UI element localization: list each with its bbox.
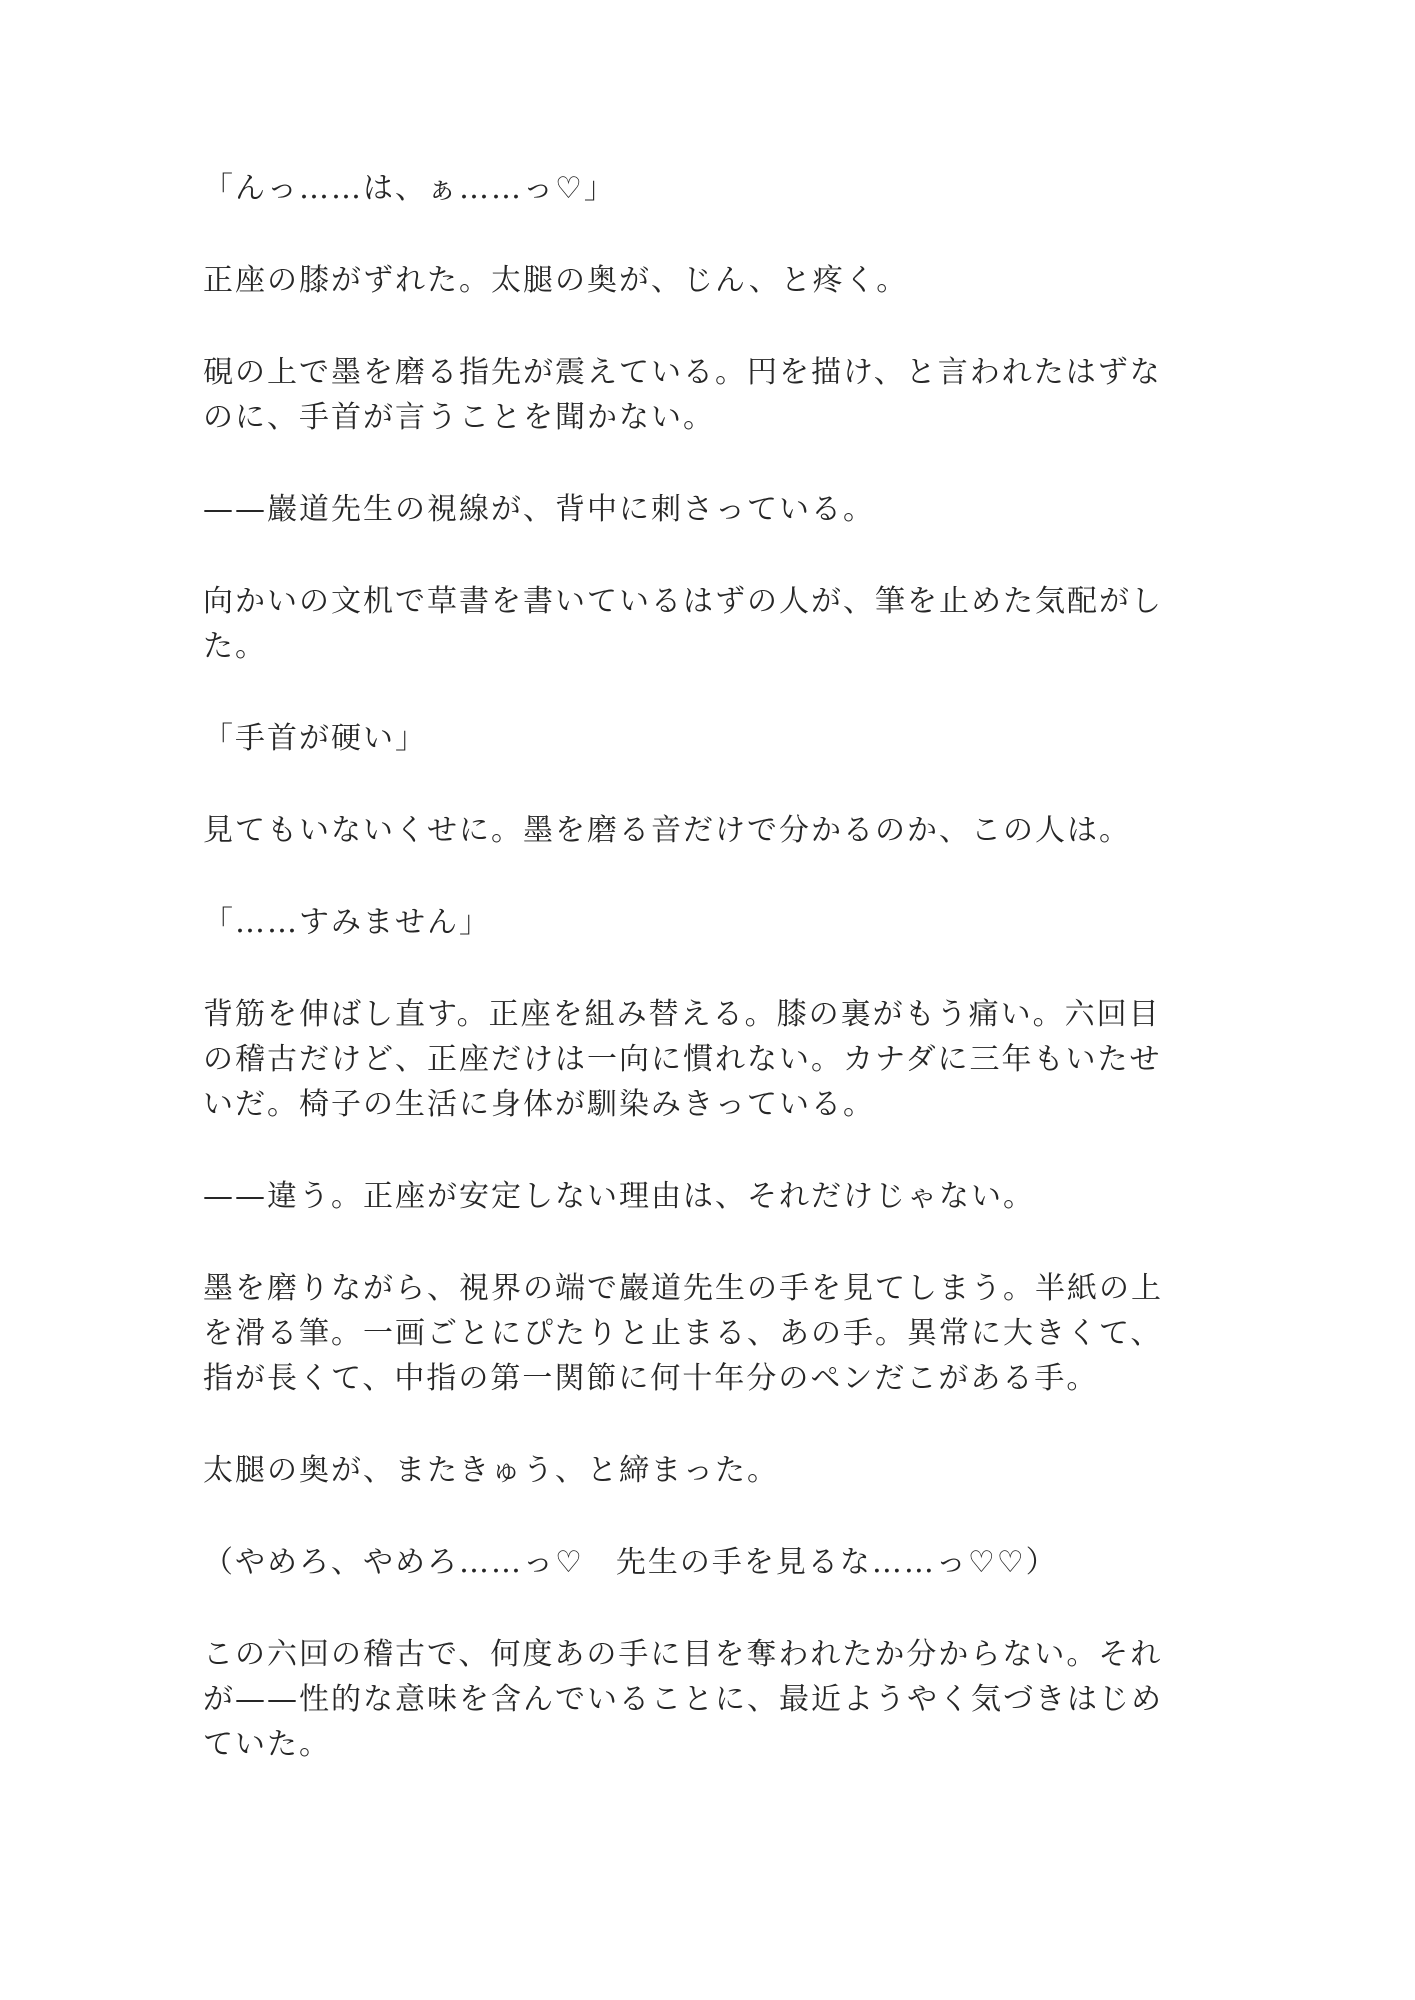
text-line: が——性的な意味を含んでいることに、最近ようやく気づきはじめ (203, 1677, 1168, 1722)
text-line: 指が長くて、中指の第一関節に何十年分のペンだこがある手。 (203, 1356, 1168, 1401)
paragraph-dialogue: 「んっ……は、ぁ……っ♡」 (203, 166, 1168, 211)
document-page: 「んっ……は、ぁ……っ♡」正座の膝がずれた。太腿の奥が、じん、と疼く。硯の上で墨… (0, 0, 1415, 2000)
paragraph-dialogue: 「手首が硬い」 (203, 716, 1168, 761)
text-line: （やめろ、やめろ……っ♡ 先生の手を見るな……っ♡♡） (203, 1540, 1168, 1585)
paragraph-narration: 向かいの文机で草書を書いているはずの人が、筆を止めた気配がした。 (203, 579, 1168, 669)
text-line: 「手首が硬い」 (203, 716, 1168, 761)
text-line: の稽古だけど、正座だけは一向に慣れない。カナダに三年もいたせ (203, 1037, 1168, 1082)
paragraph-narration: この六回の稽古で、何度あの手に目を奪われたか分からない。それが——性的な意味を含… (203, 1632, 1168, 1767)
text-line: 硯の上で墨を磨る指先が震えている。円を描け、と言われたはずな (203, 350, 1168, 395)
text-line: 墨を磨りながら、視界の端で巖道先生の手を見てしまう。半紙の上 (203, 1266, 1168, 1311)
text-line: ——巖道先生の視線が、背中に刺さっている。 (203, 487, 1168, 532)
text-block: 「んっ……は、ぁ……っ♡」正座の膝がずれた。太腿の奥が、じん、と疼く。硯の上で墨… (203, 166, 1168, 1767)
paragraph-narration: ——違う。正座が安定しない理由は、それだけじゃない。 (203, 1174, 1168, 1219)
text-line: ていた。 (203, 1722, 1168, 1767)
text-line: 見てもいないくせに。墨を磨る音だけで分かるのか、この人は。 (203, 808, 1168, 853)
paragraph-narration: ——巖道先生の視線が、背中に刺さっている。 (203, 487, 1168, 532)
text-line: た。 (203, 624, 1168, 669)
text-line: 背筋を伸ばし直す。正座を組み替える。膝の裏がもう痛い。六回目 (203, 992, 1168, 1037)
text-line: この六回の稽古で、何度あの手に目を奪われたか分からない。それ (203, 1632, 1168, 1677)
text-line: 「……すみません」 (203, 900, 1168, 945)
text-line: 太腿の奥が、またきゅう、と締まった。 (203, 1448, 1168, 1493)
text-line: ——違う。正座が安定しない理由は、それだけじゃない。 (203, 1174, 1168, 1219)
paragraph-narration: 墨を磨りながら、視界の端で巖道先生の手を見てしまう。半紙の上を滑る筆。一画ごとに… (203, 1266, 1168, 1401)
paragraph-narration: 見てもいないくせに。墨を磨る音だけで分かるのか、この人は。 (203, 808, 1168, 853)
paragraph-narration: 背筋を伸ばし直す。正座を組み替える。膝の裏がもう痛い。六回目の稽古だけど、正座だ… (203, 992, 1168, 1127)
paragraph-narration: 太腿の奥が、またきゅう、と締まった。 (203, 1448, 1168, 1493)
text-line: 向かいの文机で草書を書いているはずの人が、筆を止めた気配がし (203, 579, 1168, 624)
paragraph-narration: 硯の上で墨を磨る指先が震えている。円を描け、と言われたはずなのに、手首が言うこと… (203, 350, 1168, 440)
text-line: いだ。椅子の生活に身体が馴染みきっている。 (203, 1082, 1168, 1127)
paragraph-thought: （やめろ、やめろ……っ♡ 先生の手を見るな……っ♡♡） (203, 1540, 1168, 1585)
text-line: を滑る筆。一画ごとにぴたりと止まる、あの手。異常に大きくて、 (203, 1311, 1168, 1356)
paragraph-narration: 正座の膝がずれた。太腿の奥が、じん、と疼く。 (203, 258, 1168, 303)
paragraph-dialogue: 「……すみません」 (203, 900, 1168, 945)
text-line: 正座の膝がずれた。太腿の奥が、じん、と疼く。 (203, 258, 1168, 303)
text-line: のに、手首が言うことを聞かない。 (203, 395, 1168, 440)
text-line: 「んっ……は、ぁ……っ♡」 (203, 166, 1168, 211)
